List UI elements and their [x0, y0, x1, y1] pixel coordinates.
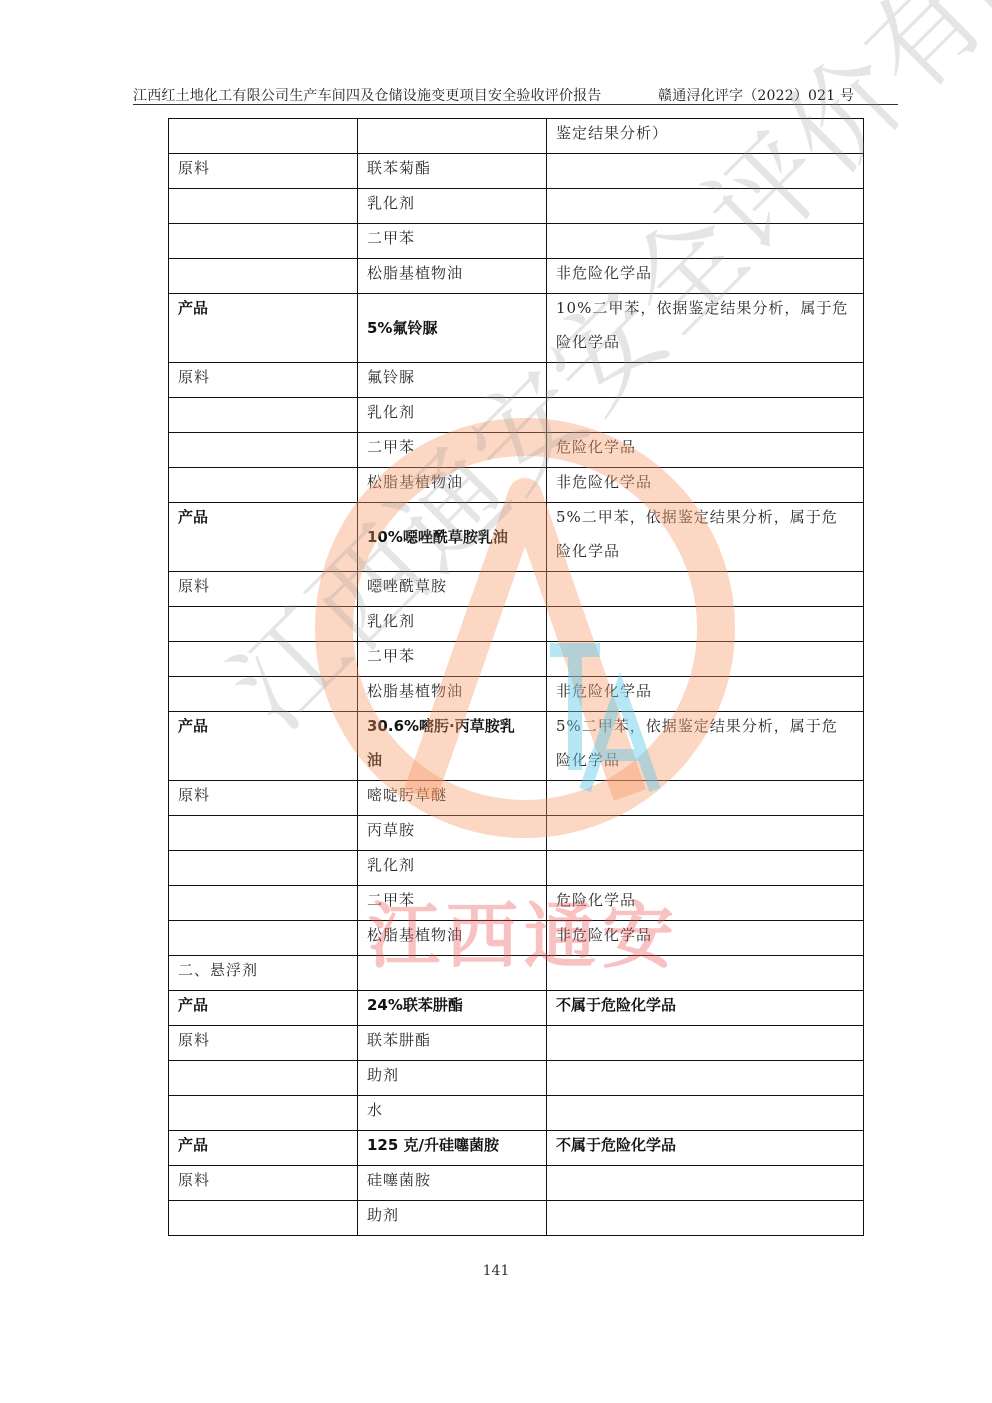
product-row: 产品5%氟铃脲10%二甲苯，依据鉴定结果分析，属于危险化学品 [169, 294, 864, 363]
table-row: 助剂 [169, 1201, 864, 1236]
name-cell: 助剂 [358, 1201, 547, 1236]
classification-cell: 10%二甲苯，依据鉴定结果分析，属于危险化学品 [547, 294, 864, 363]
cell-text: 5%氟铃脲 [367, 311, 537, 345]
cell-text: 松脂基植物油 [367, 918, 537, 952]
category-cell [169, 1061, 358, 1096]
name-cell: 二甲苯 [358, 433, 547, 468]
category-cell [169, 1201, 358, 1236]
name-cell: 松脂基植物油 [358, 468, 547, 503]
classification-cell: 5%二甲苯，依据鉴定结果分析，属于危险化学品 [547, 503, 864, 572]
category-cell: 二、悬浮剂 [169, 956, 358, 991]
category-cell: 产品 [169, 991, 358, 1026]
classification-cell: 非危险化学品 [547, 259, 864, 294]
cell-text: 原料 [178, 151, 348, 185]
classification-cell [547, 642, 864, 677]
category-cell [169, 259, 358, 294]
product-row: 产品10%噁唑酰草胺乳油5%二甲苯，依据鉴定结果分析，属于危险化学品 [169, 503, 864, 572]
classification-cell [547, 572, 864, 607]
category-cell [169, 677, 358, 712]
table-row: 松脂基植物油非危险化学品 [169, 468, 864, 503]
category-cell [169, 189, 358, 224]
classification-cell: 非危险化学品 [547, 468, 864, 503]
cell-text: 联苯肼酯 [367, 1023, 537, 1057]
cell-text: 乳化剂 [367, 186, 537, 220]
cell-text: 产品 [178, 1128, 348, 1162]
category-cell [169, 607, 358, 642]
classification-cell [547, 956, 864, 991]
table-row: 助剂 [169, 1061, 864, 1096]
name-cell: 松脂基植物油 [358, 677, 547, 712]
cell-text: 产品 [178, 500, 348, 534]
cell-text: 二甲苯 [367, 883, 537, 917]
table-row: 二甲苯危险化学品 [169, 433, 864, 468]
table-row: 原料联苯肼酯 [169, 1026, 864, 1061]
document-number: 赣通浔化评字（2022）021 号 [658, 87, 854, 105]
cell-text: 二甲苯 [367, 639, 537, 673]
cell-text: 非危险化学品 [556, 256, 854, 290]
name-cell: 10%噁唑酰草胺乳油 [358, 503, 547, 572]
classification-cell: 鉴定结果分析） [547, 119, 864, 154]
category-cell: 原料 [169, 363, 358, 398]
category-cell [169, 468, 358, 503]
report-title: 江西红土地化工有限公司生产车间四及仓储设施变更项目安全验收评价报告 [133, 88, 602, 104]
classification-cell: 非危险化学品 [547, 677, 864, 712]
table-row: 原料氟铃脲 [169, 363, 864, 398]
name-cell: 噁唑酰草胺 [358, 572, 547, 607]
name-cell: 125 克/升硅噻菌胺 [358, 1131, 547, 1166]
classification-cell [547, 1096, 864, 1131]
classification-cell [547, 363, 864, 398]
materials-table: 鉴定结果分析）原料联苯菊酯乳化剂二甲苯松脂基植物油非危险化学品产品5%氟铃脲10… [168, 118, 864, 1236]
classification-cell: 5%二甲苯，依据鉴定结果分析，属于危险化学品 [547, 712, 864, 781]
cell-text: 30.6%嘧肟·丙草胺乳油 [367, 709, 537, 777]
category-cell: 原料 [169, 1026, 358, 1061]
table-row: 二甲苯危险化学品 [169, 886, 864, 921]
classification-cell [547, 1061, 864, 1096]
table-row: 松脂基植物油非危险化学品 [169, 259, 864, 294]
cell-text: 松脂基植物油 [367, 256, 537, 290]
classification-cell [547, 781, 864, 816]
table-row: 原料硅噻菌胺 [169, 1166, 864, 1201]
name-cell: 硅噻菌胺 [358, 1166, 547, 1201]
cell-text: 10%噁唑酰草胺乳油 [367, 520, 537, 554]
classification-cell [547, 851, 864, 886]
cell-text: 嘧啶肟草醚 [367, 778, 537, 812]
cell-text: 非危险化学品 [556, 918, 854, 952]
name-cell: 松脂基植物油 [358, 259, 547, 294]
category-cell: 原料 [169, 572, 358, 607]
name-cell: 助剂 [358, 1061, 547, 1096]
category-cell: 原料 [169, 1166, 358, 1201]
product-row: 产品30.6%嘧肟·丙草胺乳油5%二甲苯，依据鉴定结果分析，属于危险化学品 [169, 712, 864, 781]
category-cell: 产品 [169, 712, 358, 781]
page-header: 江西红土地化工有限公司生产车间四及仓储设施变更项目安全验收评价报告 赣通浔化评字… [133, 87, 898, 105]
table-row: 乳化剂 [169, 189, 864, 224]
section-row: 二、悬浮剂 [169, 956, 864, 991]
cell-text: 产品 [178, 988, 348, 1022]
product-row: 产品125 克/升硅噻菌胺不属于危险化学品 [169, 1131, 864, 1166]
cell-text: 原料 [178, 1023, 348, 1057]
classification-cell [547, 1026, 864, 1061]
table-row: 丙草胺 [169, 816, 864, 851]
cell-text: 不属于危险化学品 [556, 988, 854, 1022]
name-cell: 二甲苯 [358, 886, 547, 921]
name-cell: 乳化剂 [358, 398, 547, 433]
table-row: 原料噁唑酰草胺 [169, 572, 864, 607]
name-cell: 松脂基植物油 [358, 921, 547, 956]
cell-text: 5%二甲苯，依据鉴定结果分析，属于危险化学品 [556, 500, 854, 568]
cell-text: 乳化剂 [367, 848, 537, 882]
classification-cell [547, 1166, 864, 1201]
cell-text: 原料 [178, 778, 348, 812]
table-row: 乳化剂 [169, 398, 864, 433]
classification-cell: 危险化学品 [547, 433, 864, 468]
category-cell: 原料 [169, 781, 358, 816]
category-cell [169, 119, 358, 154]
name-cell: 水 [358, 1096, 547, 1131]
name-cell: 二甲苯 [358, 224, 547, 259]
name-cell [358, 119, 547, 154]
name-cell: 氟铃脲 [358, 363, 547, 398]
name-cell: 联苯肼酯 [358, 1026, 547, 1061]
cell-text: 10%二甲苯，依据鉴定结果分析，属于危险化学品 [556, 291, 854, 359]
category-cell [169, 433, 358, 468]
table-row: 乳化剂 [169, 851, 864, 886]
category-cell [169, 398, 358, 433]
table-row: 二甲苯 [169, 224, 864, 259]
cell-text: 联苯菊酯 [367, 151, 537, 185]
cell-text: 原料 [178, 360, 348, 394]
table-row: 水 [169, 1096, 864, 1131]
category-cell [169, 642, 358, 677]
cell-text: 水 [367, 1093, 537, 1127]
cell-text: 5%二甲苯，依据鉴定结果分析，属于危险化学品 [556, 709, 854, 777]
table-row: 鉴定结果分析） [169, 119, 864, 154]
cell-text: 非危险化学品 [556, 674, 854, 708]
classification-cell [547, 398, 864, 433]
name-cell [358, 956, 547, 991]
category-cell [169, 224, 358, 259]
category-cell: 产品 [169, 294, 358, 363]
name-cell: 乳化剂 [358, 851, 547, 886]
name-cell: 乳化剂 [358, 189, 547, 224]
name-cell: 24%联苯肼酯 [358, 991, 547, 1026]
cell-text: 乳化剂 [367, 604, 537, 638]
table-row: 松脂基植物油非危险化学品 [169, 677, 864, 712]
category-cell [169, 1096, 358, 1131]
page-number: 141 [0, 1263, 992, 1279]
cell-text: 危险化学品 [556, 883, 854, 917]
category-cell: 产品 [169, 503, 358, 572]
cell-text: 二甲苯 [367, 221, 537, 255]
classification-cell [547, 154, 864, 189]
cell-text: 硅噻菌胺 [367, 1163, 537, 1197]
classification-cell: 不属于危险化学品 [547, 991, 864, 1026]
cell-text: 松脂基植物油 [367, 674, 537, 708]
classification-cell: 非危险化学品 [547, 921, 864, 956]
classification-cell [547, 816, 864, 851]
cell-text: 危险化学品 [556, 430, 854, 464]
table-row: 松脂基植物油非危险化学品 [169, 921, 864, 956]
category-cell [169, 921, 358, 956]
category-cell: 产品 [169, 1131, 358, 1166]
name-cell: 丙草胺 [358, 816, 547, 851]
cell-text: 助剂 [367, 1058, 537, 1092]
cell-text: 噁唑酰草胺 [367, 569, 537, 603]
name-cell: 二甲苯 [358, 642, 547, 677]
cell-text: 助剂 [367, 1198, 537, 1232]
name-cell: 30.6%嘧肟·丙草胺乳油 [358, 712, 547, 781]
name-cell: 5%氟铃脲 [358, 294, 547, 363]
cell-text: 二甲苯 [367, 430, 537, 464]
table-row: 二甲苯 [169, 642, 864, 677]
classification-cell: 危险化学品 [547, 886, 864, 921]
table-row: 乳化剂 [169, 607, 864, 642]
name-cell: 联苯菊酯 [358, 154, 547, 189]
category-cell [169, 886, 358, 921]
classification-cell [547, 607, 864, 642]
classification-cell: 不属于危险化学品 [547, 1131, 864, 1166]
cell-text: 原料 [178, 569, 348, 603]
classification-cell [547, 189, 864, 224]
category-cell: 原料 [169, 154, 358, 189]
cell-text: 产品 [178, 291, 348, 325]
name-cell: 乳化剂 [358, 607, 547, 642]
cell-text: 丙草胺 [367, 813, 537, 847]
table-row: 原料嘧啶肟草醚 [169, 781, 864, 816]
cell-text: 氟铃脲 [367, 360, 537, 394]
cell-text: 松脂基植物油 [367, 465, 537, 499]
cell-text: 非危险化学品 [556, 465, 854, 499]
cell-text: 二、悬浮剂 [178, 953, 348, 987]
header-rule [133, 104, 898, 105]
category-cell [169, 851, 358, 886]
cell-text: 乳化剂 [367, 395, 537, 429]
classification-cell [547, 224, 864, 259]
name-cell: 嘧啶肟草醚 [358, 781, 547, 816]
cell-text: 不属于危险化学品 [556, 1128, 854, 1162]
cell-text: 24%联苯肼酯 [367, 988, 537, 1022]
product-row: 产品24%联苯肼酯不属于危险化学品 [169, 991, 864, 1026]
classification-cell [547, 1201, 864, 1236]
category-cell [169, 816, 358, 851]
table-row: 原料联苯菊酯 [169, 154, 864, 189]
cell-text: 鉴定结果分析） [556, 116, 854, 150]
cell-text: 125 克/升硅噻菌胺 [367, 1128, 537, 1162]
cell-text: 产品 [178, 709, 348, 743]
cell-text: 原料 [178, 1163, 348, 1197]
